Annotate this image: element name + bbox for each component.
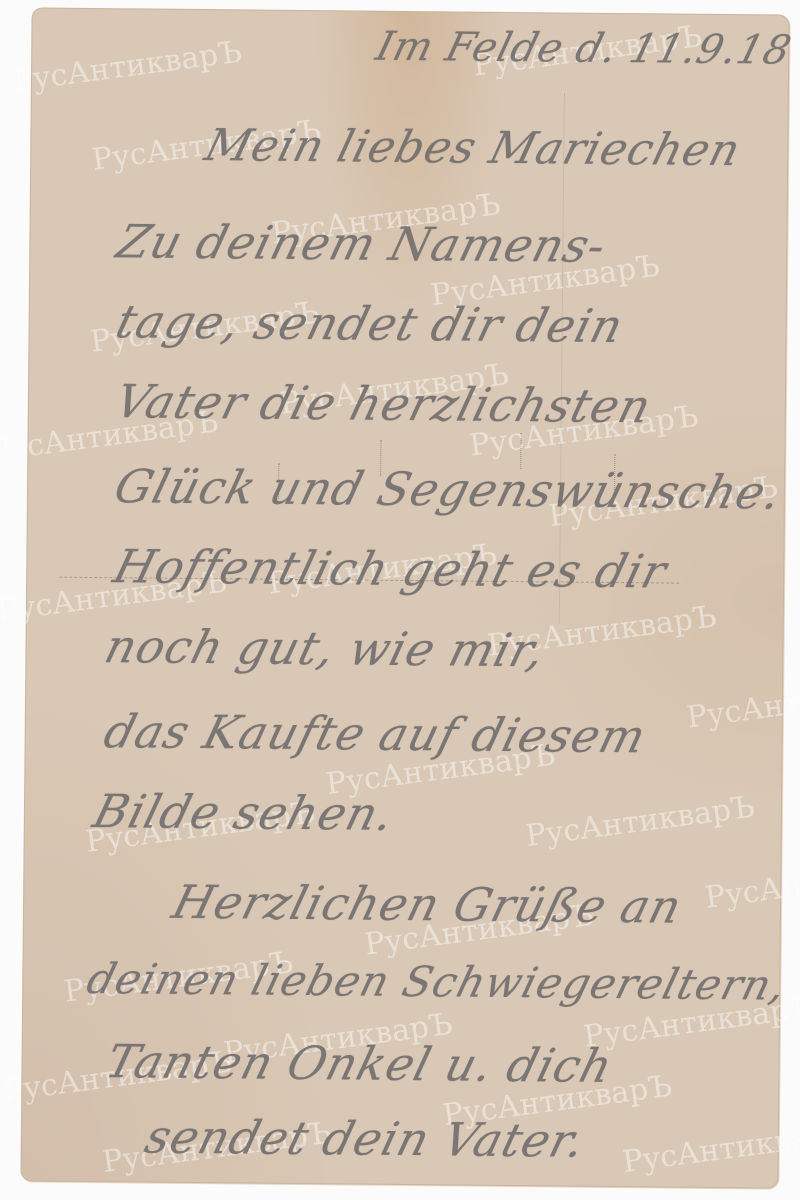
body-line: noch gut, wie mir,: [100, 619, 552, 677]
watermark: РусАнтикварЪ: [620, 1115, 800, 1180]
body-line: Hoffentlich geht es dir: [108, 539, 673, 598]
body-line: das Kaufte auf diesem: [99, 704, 652, 763]
signature-line: sendet dein Vater.: [140, 1110, 592, 1168]
body-line: Glück und Segenswünsche.: [109, 459, 788, 519]
body-line: Bilde sehen.: [88, 784, 400, 841]
body-line: Herzlichen Grüße an: [167, 875, 688, 934]
watermark: РусАнтикварЪ: [524, 789, 757, 854]
body-line: Vater die herzlichsten: [110, 374, 658, 433]
body-line: deinen lieben Schwiegereltern,: [82, 954, 792, 1010]
watermark: РусАнтикварЪ: [685, 671, 800, 736]
body-line: Tanten Onkel u. dich: [101, 1034, 619, 1093]
watermark: РусАнтикварЪ: [703, 851, 800, 916]
body-line: Zu deinem Namens-: [111, 214, 612, 273]
body-line: tage, sendet dir dein: [111, 294, 630, 353]
postcard-back: РусАнтикварЪ РусАнтикварЪ РусАнтикварЪ Р…: [21, 8, 788, 1187]
greeting: Mein liebes Mariechen: [200, 120, 746, 176]
place-date: Im Felde d. 11.9.18: [371, 24, 796, 74]
watermark: РусАнтикварЪ: [11, 35, 244, 100]
